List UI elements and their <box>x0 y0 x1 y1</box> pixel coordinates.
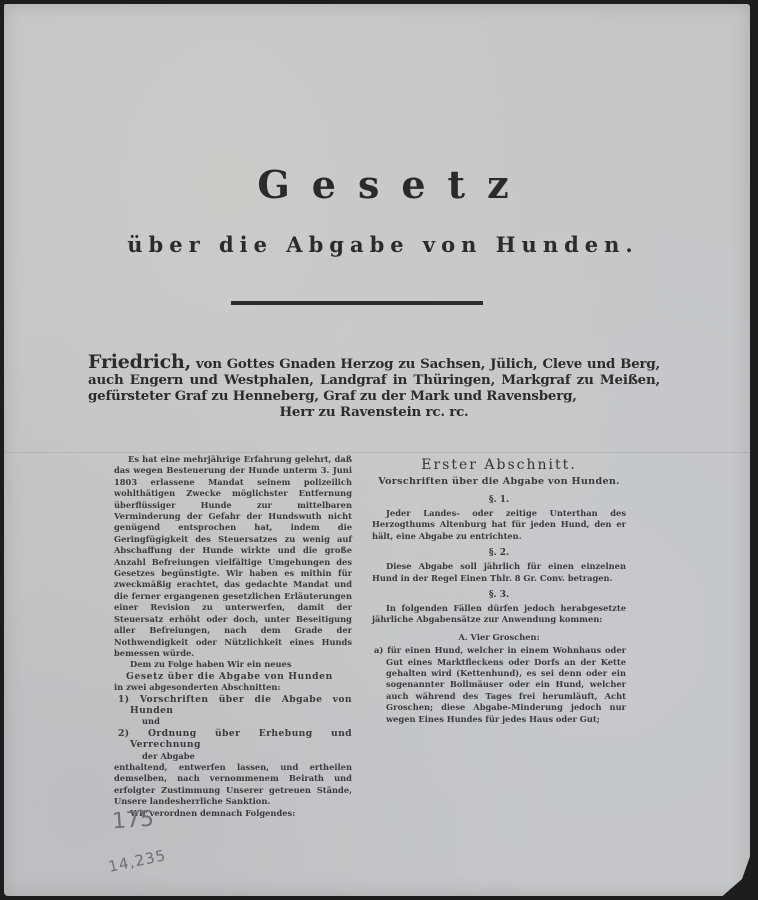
list-item: und <box>114 716 352 727</box>
section-heading: Erster Abschnitt. <box>372 456 626 474</box>
paragraph-mark: §. 1. <box>372 492 626 508</box>
list-item: 1) Vorschriften über die Abgabe von Hund… <box>114 694 352 717</box>
sovereign-titles-last: Herr zu Ravenstein rc. rc. <box>88 404 660 420</box>
title-divider <box>231 301 483 305</box>
sections-intro: in zwei abgesonderten Abschnitten: <box>114 682 352 693</box>
paragraph-mark: §. 2. <box>372 545 626 561</box>
decree-preamble: Friedrich, von Gottes Gnaden Herzog zu S… <box>88 354 660 420</box>
handwritten-note: 175 <box>111 807 155 835</box>
intro-paragraph: Es hat eine mehrjährige Erfahrung gelehr… <box>114 454 352 659</box>
paragraph-text: Diese Abgabe soll jährlich für einen ein… <box>372 561 626 584</box>
paragraph-text: Jeder Landes- oder zeitige Unterthan des… <box>372 508 626 542</box>
handwritten-note: 14,235 <box>107 846 168 876</box>
left-column: Es hat eine mehrjährige Erfahrung gelehr… <box>114 454 352 819</box>
fold-crease <box>4 452 750 453</box>
closing-paragraph: enthaltend, entwerfen lassen, und erthei… <box>114 762 352 808</box>
section-subheading: Vorschriften über die Abgabe von Hunden. <box>372 474 626 489</box>
law-title-line: Gesetz über die Abgabe von Hunden <box>114 671 352 682</box>
document-title: Gesetz <box>4 162 758 207</box>
document-page: Gesetz über die Abgabe von Hunden. Fried… <box>4 4 750 896</box>
right-column: Erster Abschnitt. Vorschriften über die … <box>372 456 626 725</box>
follow-line: Dem zu Folge haben Wir ein neues <box>114 659 352 670</box>
paragraph-mark: §. 3. <box>372 587 626 603</box>
paragraph-text: In folgenden Fällen dürfen jedoch herabg… <box>372 603 626 626</box>
sovereign-name: Friedrich, <box>88 351 191 373</box>
list-item: der Abgabe <box>114 751 352 762</box>
subsection-heading: A. Vier Groschen: <box>372 632 626 643</box>
subsection-item: a) für einen Hund, welcher in einem Wohn… <box>372 645 626 725</box>
list-item: 2) Ordnung über Erhebung und Verrechnung <box>114 728 352 751</box>
document-subtitle: über die Abgabe von Hunden. <box>4 232 758 257</box>
